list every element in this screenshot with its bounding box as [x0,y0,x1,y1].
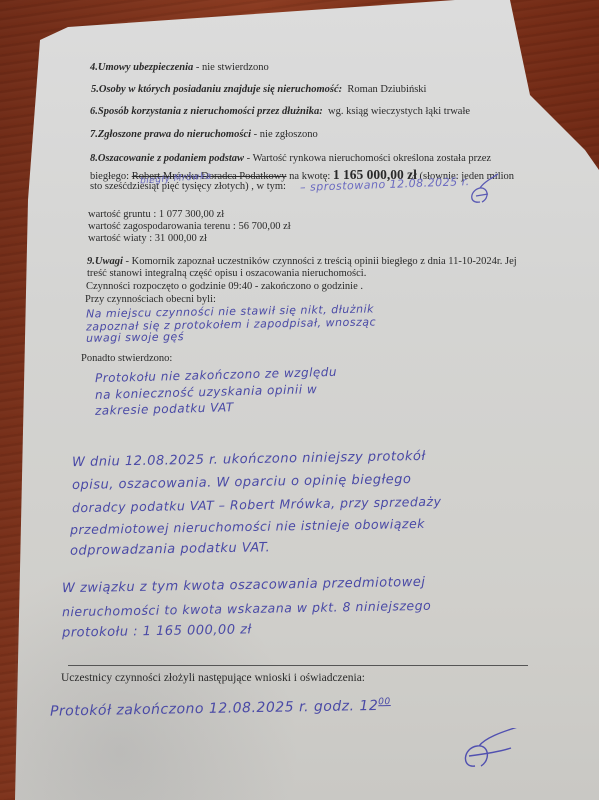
section-7-value: nie zgłoszono [260,129,318,140]
section-4-insurance: 4.Umowy ubezpieczenia - nie stwierdzono [90,62,269,73]
present-handwritten-line-3: uwagi swoje gęś [86,330,184,345]
section-8-label: 8.Oszacowanie z podaniem podstaw [90,153,244,164]
declarations-label: Uczestnicy czynności złożyli następujące… [61,672,365,684]
section-4-label: 4.Umowy ubezpieczenia [90,62,193,73]
further-findings-label: Ponadto stwierdzono: [81,353,172,364]
breakdown-shelter: wartość wiaty : 31 000,00 zł [88,233,207,244]
section-6-usage: 6.Sposób korzystania z nieruchomości prz… [90,106,470,117]
section-9-label: 9.Uwagi [87,256,123,267]
section-5-value: Roman Dziubiński [347,84,426,95]
declarations-time-minutes: 00 [378,697,391,707]
section-4-value: nie stwierdzono [202,62,269,73]
section-7-claims: 7.Zgłoszone prawa do nieruchomości - nie… [90,129,318,140]
section-7-label: 7.Zgłoszone prawa do nieruchomości [90,129,251,140]
breakdown-development: wartość zagospodarowania terenu : 56 700… [88,221,291,232]
breakdown-land: wartość gruntu : 1 077 300,00 zł [88,209,224,220]
section-5-possession: 5.Osoby w których posiadaniu znajduje si… [91,84,426,95]
section-8-valuation: 8.Oszacowanie z podaniem podstaw - Warto… [90,153,491,164]
signature-icon [455,728,525,773]
section-9-line-2: treść stanowi integralną część opisu i o… [87,268,366,279]
section-9-remarks: 9.Uwagi - Komornik zapoznał uczestników … [87,256,517,267]
section-6-label: 6.Sposób korzystania z nieruchomości prz… [90,106,323,117]
section-5-label: 5.Osoby w których posiadaniu znajduje si… [91,84,342,95]
section-9-line-3: Czynności rozpoczęto o godzinie 09:40 - … [86,281,363,292]
present-persons-label: Przy czynnościach obecni byli: [85,294,216,305]
initials-signature-icon [458,172,508,212]
separator-line [68,665,528,666]
section-6-value: wg. ksiąg wieczystych łąki trwałe [328,106,470,117]
